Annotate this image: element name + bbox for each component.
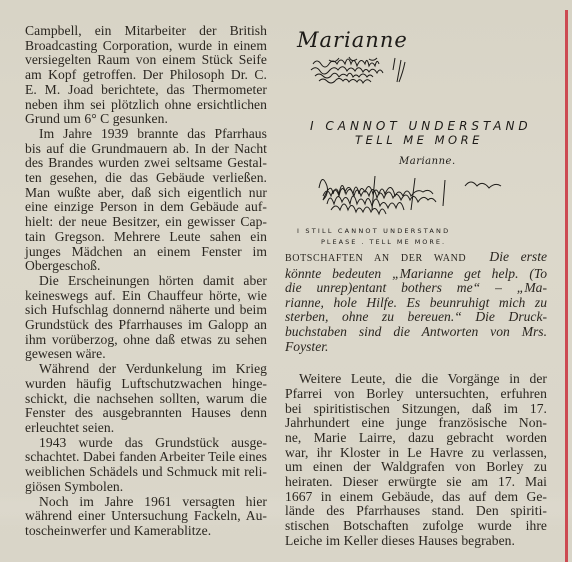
text-line: keineswegs auf. Ein Chauffeur hörte, wie bbox=[25, 289, 267, 304]
text-line: tain Gregson. Mehrere Leute sahen ein bbox=[25, 230, 267, 245]
text-line: versiegelten Raum von einem Stück Seife bbox=[25, 53, 267, 68]
scribble-get-help-icon bbox=[309, 54, 409, 88]
caption-line: sterben, ohne zu bereuen.“ Die Druck- bbox=[285, 310, 547, 325]
text-line: gewesen wäre. bbox=[25, 347, 267, 362]
caption-lead: BOTSCHAFTEN AN DER WAND bbox=[285, 253, 466, 264]
paragraph-marie-lairre: Weitere Leute, die die Vorgänge in der P… bbox=[285, 372, 547, 548]
text-line: schickt, die nachsehen sollten, warum di… bbox=[25, 392, 267, 407]
book-page: Campbell, ein Mitarbeiter der British Br… bbox=[0, 0, 572, 562]
text-line: erleuchtet seien. bbox=[25, 421, 267, 436]
text-line: weiblichen Schädels und Schmuck mit reli… bbox=[25, 465, 267, 480]
text-line: wurden häufig Luftschutzwachen hinge- bbox=[25, 377, 267, 392]
printed-reply-2-line-1: I STILL CANNOT UNDERSTAND bbox=[297, 227, 450, 235]
paragraph-1961: Noch im Jahre 1961 versagten hier währen… bbox=[25, 495, 267, 539]
text-line: toscheinwerfer und Kamerablitze. bbox=[25, 524, 267, 539]
text-line: sich Hufschlag donnernd näherte und beim bbox=[25, 303, 267, 318]
text-line: giösen Symbolen. bbox=[25, 480, 267, 495]
text-line: des Brandes wurden zwei seltsame Gestal- bbox=[25, 156, 267, 171]
figure-caption: BOTSCHAFTEN AN DER WAND Die erste könnte… bbox=[285, 250, 547, 354]
text-line: Leiche im Keller dieses Hauses begraben. bbox=[285, 534, 547, 549]
left-column: Campbell, ein Mitarbeiter der British Br… bbox=[25, 24, 267, 539]
caption-line: die unrep)entant bothers me“ – „Ma- bbox=[285, 281, 547, 296]
paragraph-excavation-1943: 1943 wurde das Grundstück ausge- schacht… bbox=[25, 436, 267, 495]
scribble-message-2-icon bbox=[315, 170, 515, 218]
text-line: Grund um 6° C gesunken. bbox=[25, 112, 267, 127]
text-line: während einer Untersuchung Fackeln, Au- bbox=[25, 509, 267, 524]
text-line: ne, Marie Lairre, dazu gebracht worden bbox=[285, 431, 547, 446]
text-line: neben ihm sei plötzlich ohne ersichtlich… bbox=[25, 98, 267, 113]
text-line: 1943 wurde das Grundstück ausge- bbox=[25, 436, 267, 451]
handwritten-name-marianne: Marianne bbox=[297, 28, 408, 52]
printed-reply-2-line-2: PLEASE . TELL ME MORE. bbox=[321, 238, 446, 246]
text-line: Weitere Leute, die die Vorgänge in der bbox=[285, 372, 547, 387]
red-margin-rule bbox=[565, 10, 568, 562]
text-line: um einen der Waldgrafen von Borley zu bbox=[285, 460, 547, 475]
paragraph-apparitions: Die Erscheinungen hörten damit aber kein… bbox=[25, 274, 267, 362]
text-line: bei spiritistischen Sitzungen, daß im 17… bbox=[285, 402, 547, 417]
text-line: E. M. Joad berichtete, das Thermometer bbox=[25, 83, 267, 98]
text-line: 1667 in einem Gebäude, das auf dem Ge- bbox=[285, 490, 547, 505]
text-line: bis auf die Grundmauern ab. In der Nacht bbox=[25, 142, 267, 157]
text-line: war, ihr Kloster in Le Havre zu verlasse… bbox=[285, 446, 547, 461]
text-line: ihm vorüberzog, ohne daß etwas zu sehen bbox=[25, 333, 267, 348]
printed-reply-1-line-2: TELL ME MORE bbox=[355, 133, 483, 147]
text-line: Im Jahre 1939 brannte das Pfarrhaus bbox=[25, 127, 267, 142]
wall-writing-figure: Marianne I CANNOT UNDERSTAND TELL ME MOR… bbox=[285, 24, 547, 246]
text-line: Man wußte aber, daß sich eigentlich nur bbox=[25, 186, 267, 201]
text-line: ten gesehen, die das Gebäude verließen. bbox=[25, 171, 267, 186]
caption-text: Die erste bbox=[489, 249, 547, 264]
right-column: Marianne I CANNOT UNDERSTAND TELL ME MOR… bbox=[285, 24, 547, 549]
printed-reply-1-line-1: I CANNOT UNDERSTAND bbox=[310, 119, 532, 133]
handwritten-name-marianne-2: Marianne. bbox=[399, 156, 456, 167]
paragraph-blackout: Während der Verdunkelung im Krieg wurden… bbox=[25, 362, 267, 436]
text-line: Noch im Jahre 1961 versagten hier bbox=[25, 495, 267, 510]
caption-line: Foyster. bbox=[285, 340, 547, 355]
text-line: Während der Verdunkelung im Krieg bbox=[25, 362, 267, 377]
text-line: Grundstück des Pfarrhauses im Galopp an bbox=[25, 318, 267, 333]
spacer bbox=[285, 354, 547, 372]
caption-line: könnte bedeuten „Marianne get help. (To bbox=[285, 267, 547, 282]
caption-line-1: BOTSCHAFTEN AN DER WAND Die erste bbox=[285, 250, 547, 267]
text-line: Die Erscheinungen hörten damit aber bbox=[25, 274, 267, 289]
text-line: heiraten. Dieser erwürgte sie am 17. Mai bbox=[285, 475, 547, 490]
caption-line: buchstaben sind die Antworten von Mrs. bbox=[285, 325, 547, 340]
text-line: Broadcasting Corporation, wurde in einem bbox=[25, 39, 267, 54]
text-line: stischen Botschaften zufolge wurde ihre bbox=[285, 519, 547, 534]
text-line: Campbell, ein Mitarbeiter der British bbox=[25, 24, 267, 39]
paragraph-fire-1939: Im Jahre 1939 brannte das Pfarrhaus bis … bbox=[25, 127, 267, 274]
text-line: Pfarrei von Borley untersuchten, erfuhre… bbox=[285, 387, 547, 402]
text-line: am Kopf getroffen. Der Philosoph Dr. C. bbox=[25, 68, 267, 83]
text-line: lände des Pfarrhauses stand. Den spiriti… bbox=[285, 504, 547, 519]
text-line: Jahrhundert eine junge französische Non- bbox=[285, 416, 547, 431]
text-line: Obergeschoß. bbox=[25, 259, 267, 274]
paragraph-campbell: Campbell, ein Mitarbeiter der British Br… bbox=[25, 24, 267, 127]
text-line: schachtet. Dabei fanden Arbeiter Teile e… bbox=[25, 450, 267, 465]
text-line: Fenster des ausgebrannten Hauses denn bbox=[25, 406, 267, 421]
text-line: eine einzige Person in dem Gebäude auf- bbox=[25, 200, 267, 215]
text-line: junges Mädchen an einem Fenster im bbox=[25, 245, 267, 260]
caption-line: rianne, hole Hilfe. Es beunruhigt mich z… bbox=[285, 296, 547, 311]
text-line: hielt: der neue Besitzer, ein gewisser C… bbox=[25, 215, 267, 230]
